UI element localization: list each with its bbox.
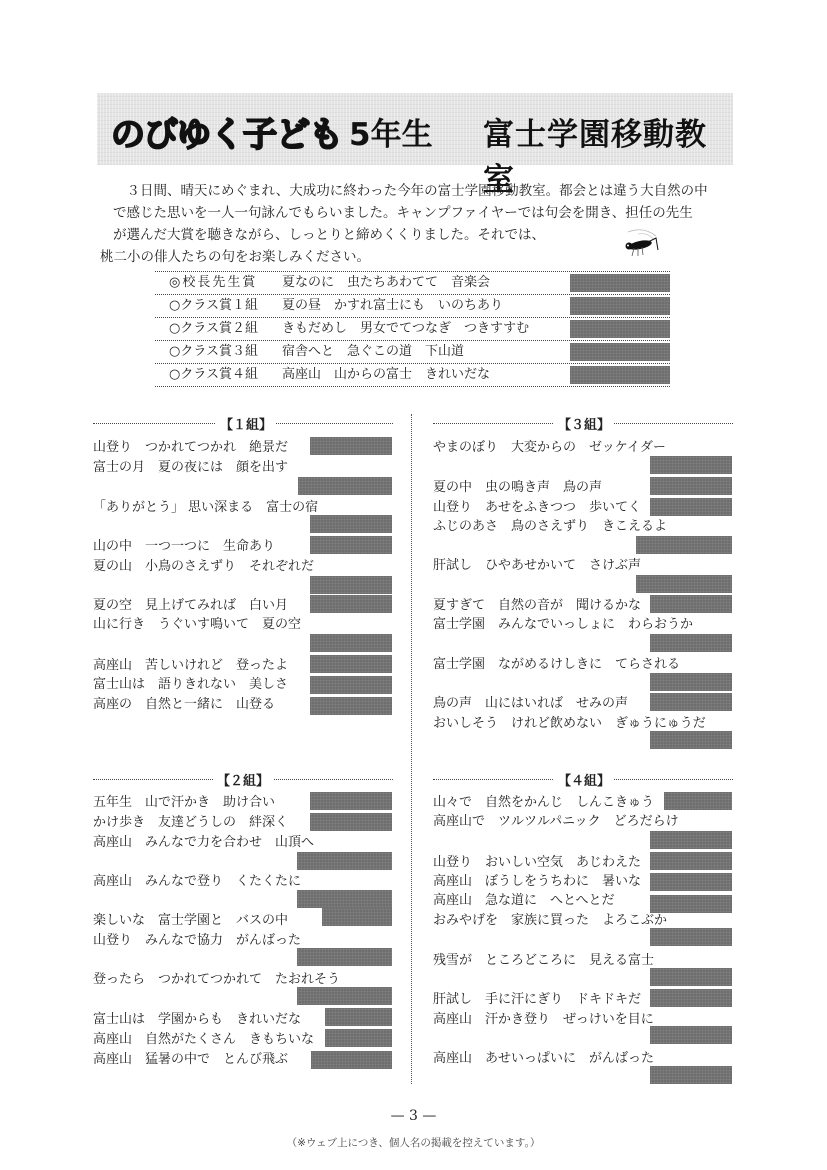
grasshopper-icon: [618, 228, 668, 258]
award-row: ○クラス賞４組 高座山 山からの富士 きれいだな: [155, 363, 670, 387]
redacted-name: [650, 456, 732, 474]
redacted-name: [311, 1051, 392, 1069]
poem-line: 富士の月 夏の夜には 顔を出す: [93, 456, 288, 475]
redacted-name: [325, 1029, 392, 1047]
poem-line: 高座山 あせいっぱいに がんばった: [433, 1047, 654, 1066]
redacted-name: [650, 731, 732, 749]
award-poem: 高座山 山からの富士 きれいだな: [282, 364, 490, 386]
redacted-name: [570, 366, 670, 384]
redacted-name: [570, 274, 670, 292]
poem-line: 山の中 一つ一つに 生命あり: [93, 535, 275, 554]
poem-line: ふじのあさ 鳥のさえずり きこえるよ: [433, 515, 667, 534]
redacted-name: [310, 655, 392, 673]
redacted-name: [310, 813, 392, 831]
redacted-name: [650, 634, 732, 652]
poem-line: 高座山 みんなで力を合わせ 山頂へ: [93, 831, 314, 850]
award-row: ○クラス賞２組 きもだめし 男女でてつなぎ つきすすむ: [155, 317, 670, 340]
poem-line: かけ歩き 友達どうしの 絆深く: [93, 811, 288, 830]
redacted-name: [297, 948, 392, 966]
poem-line: 五年生 山で汗かき 助け合い: [93, 791, 275, 810]
award-label: ○クラス賞４組: [169, 364, 258, 386]
award-row: ○クラス賞３組 宿舎へと 急ぐこの道 下山道: [155, 340, 670, 363]
redacted-name: [310, 576, 392, 594]
redacted-name: [650, 873, 732, 891]
poem-line: 肝試し 手に汗にぎり ドキドキだ: [433, 988, 641, 1007]
redacted-name: [650, 1066, 732, 1084]
privacy-note: （※ウェブ上につき、個人名の掲載を控えています。）: [0, 1135, 827, 1150]
poem-line: 鳥の声 山にはいれば せみの声: [433, 692, 628, 711]
redacted-name: [570, 297, 670, 315]
redacted-name: [310, 595, 392, 613]
poem-line: 高座山で ツルツルパニック どろだらけ: [433, 810, 679, 829]
awards-list: ◎校長先生賞 夏なのに 虫たちあわてて 音楽会 ○クラス賞１組 夏の昼 かすれ富…: [155, 271, 670, 387]
class-2-section: 【２組】 五年生 山で汗かき 助け合い かけ歩き 友達どうしの 絆深く 高座山 …: [93, 770, 393, 1070]
redacted-name: [310, 515, 392, 533]
redacted-name: [636, 536, 732, 554]
poem-line: 夏の空 見上げてみれば 白い月: [93, 594, 288, 613]
poem-line: おみやげを 家族に買った よろこぶか: [433, 909, 667, 928]
redacted-name: [570, 320, 670, 338]
poem-line: 高座山 猛暑の中で とんび飛ぶ: [93, 1048, 288, 1067]
poem-line: 高座山 汗かき登り ぜっけいを目に: [433, 1008, 654, 1027]
poem-line: 富士学園 ながめるけしきに てらされる: [433, 653, 680, 672]
column-divider: [411, 414, 412, 1084]
redacted-name: [650, 968, 732, 986]
award-label: ○クラス賞１組: [169, 295, 258, 317]
award-poem: 夏なのに 虫たちあわてて 音楽会: [282, 272, 490, 294]
page-number: — 3 —: [0, 1108, 827, 1124]
intro-line: で感じた思いを一人一句詠んでもらいました。キャンプファイヤーでは句会を開き、担任…: [113, 202, 733, 224]
section-header: 【１組】: [93, 414, 393, 432]
poem-line: 高座山 ぼうしをうちわに 暑いな: [433, 870, 641, 889]
section-header: 【４組】: [433, 770, 733, 788]
poem-line: 肝試し ひやあせかいて さけぶ声: [433, 554, 641, 573]
redacted-name: [310, 676, 392, 694]
class-title: 【４組】: [554, 770, 614, 789]
award-label: ○クラス賞３組: [169, 341, 258, 363]
poem-line: 高座山 急な道に へとへとだ: [433, 889, 614, 908]
intro-line: ３日間、晴天にめぐまれ、大成功に終わった今年の富士学園移動教室。都会とは違う大自…: [113, 180, 733, 202]
redacted-name: [650, 989, 732, 1007]
poem-line: 高座の 自然と一緒に 山登る: [93, 693, 275, 712]
poem-line: やまのぼり 大変からの ゼッケイダー: [433, 436, 666, 455]
poem-line: 富士学園 みんなでいっしょに わらおうか: [433, 613, 693, 632]
redacted-name: [310, 792, 392, 810]
section-header: 【３組】: [433, 414, 733, 432]
poem-line: 山登り あせをふきつつ 歩いてく: [433, 496, 641, 515]
redacted-name: [310, 697, 392, 715]
redacted-name: [650, 831, 732, 849]
award-label: ◎校長先生賞: [169, 272, 257, 294]
poem-line: 夏の中 虫の鳴き声 鳥の声: [433, 476, 602, 495]
redacted-name: [650, 477, 732, 495]
redacted-name: [297, 852, 392, 870]
poem-line: 楽しいな 富士学園と バスの中: [93, 909, 288, 928]
redacted-name: [310, 634, 392, 652]
redacted-name: [297, 987, 392, 1005]
award-poem: 夏の昼 かすれ富士にも いのちあり: [282, 295, 503, 317]
redacted-name: [310, 536, 392, 554]
redacted-name: [650, 498, 732, 516]
redacted-name: [636, 575, 732, 593]
award-label: ○クラス賞２組: [169, 318, 258, 340]
section-header: 【２組】: [93, 770, 393, 788]
redacted-name: [298, 477, 392, 495]
poem-line: 山々で 自然をかんじ しんこきゅう: [433, 791, 654, 810]
poem-line: 高座山 苦しいけれど 登ったよ: [93, 654, 288, 673]
poem-line: 残雪が ところどころに 見える富士: [433, 949, 654, 968]
poem-line: 山登り みんなで協力 がんばった: [93, 929, 301, 948]
poem-line: おいしそう けれど飲めない ぎゅうにゅうだ: [433, 712, 706, 731]
banner-grade: 5年生: [349, 109, 433, 154]
poem-line: 夏の山 小鳥のさえずり それぞれだ: [93, 555, 314, 574]
poem-line: 山に行き うぐいす鳴いて 夏の空: [93, 613, 301, 632]
class-4-section: 【４組】 山々で 自然をかんじ しんこきゅう 高座山で ツルツルパニック どろだ…: [433, 770, 733, 1090]
poem-line: 「ありがとう」 思い深まる 富士の宿: [93, 496, 318, 515]
poem-line: 高座山 自然がたくさん きもちいな: [93, 1028, 314, 1047]
title-banner: のびゆく子ども 5年生 富士学園移動教室: [97, 93, 733, 165]
redacted-name: [650, 928, 732, 946]
redacted-name: [297, 890, 392, 908]
poem-line: 富士山は 学園からも きれいだな: [93, 1008, 301, 1027]
poem-line: 登ったら つかれてつかれて たおれそう: [93, 968, 340, 987]
class-1-section: 【１組】 山登り つかれてつかれ 絶景だ 富士の月 夏の夜には 顔を出す 「あり…: [93, 414, 393, 714]
redacted-name: [650, 693, 732, 711]
class-3-section: 【３組】 やまのぼり 大変からの ゼッケイダー 夏の中 虫の鳴き声 鳥の声 山登…: [433, 414, 733, 754]
award-row: ○クラス賞１組 夏の昼 かすれ富士にも いのちあり: [155, 294, 670, 317]
award-row: ◎校長先生賞 夏なのに 虫たちあわてて 音楽会: [155, 271, 670, 294]
redacted-name: [325, 1008, 392, 1026]
banner-series-title: のびゆく子ども: [111, 107, 342, 156]
award-poem: 宿舎へと 急ぐこの道 下山道: [282, 341, 464, 363]
redacted-name: [650, 1026, 732, 1044]
poem-line: 山登り おいしい空気 あじわえた: [433, 851, 641, 870]
poem-line: 富士山は 語りきれない 美しさ: [93, 673, 288, 692]
redacted-name: [310, 437, 392, 455]
poem-line: 高座山 みんなで登り くたくたに: [93, 870, 301, 889]
redacted-name: [322, 908, 392, 926]
award-poem: きもだめし 男女でてつなぎ つきすすむ: [282, 318, 529, 340]
redacted-name: [570, 343, 670, 361]
redacted-name: [650, 673, 732, 691]
redacted-name: [650, 595, 732, 613]
class-title: 【２組】: [213, 770, 273, 789]
class-title: 【１組】: [216, 414, 276, 433]
class-title: 【３組】: [554, 414, 614, 433]
poem-line: 山登り つかれてつかれ 絶景だ: [93, 436, 288, 455]
redacted-name: [664, 792, 732, 810]
redacted-name: [650, 852, 732, 870]
poem-line: 夏すぎて 自然の音が 聞けるかな: [433, 594, 641, 613]
